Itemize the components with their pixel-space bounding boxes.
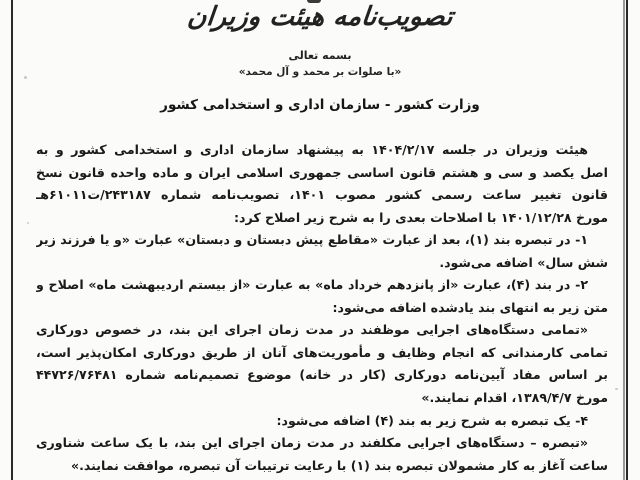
body-line: «تبصره – دستگاه‌های اجرایی مکلفند در مدت… — [36, 432, 608, 455]
body-line: ۲- در بند (۴)، عبارت «از پانزدهم خرداد م… — [36, 274, 608, 297]
body-line: «تمامی دستگاه‌های اجرایی موظفند در مدت ز… — [36, 319, 608, 342]
addressee-heading: وزارت کشور - سازمان اداری و استخدامی کشو… — [14, 97, 626, 113]
body-line: مورخ ۱۳۸۹/۴/۷، اقدام نمایند.» — [36, 387, 608, 410]
salutation-line: «با صلوات بر محمد و آل محمد» — [14, 66, 626, 78]
calligraphic-header-title: تصویب‌نامه هیئت وزیران — [12, 2, 627, 32]
body-line: ۱- در تبصره بند (۱)، بعد از عبارت «مقاطع… — [36, 229, 608, 252]
scan-speck — [27, 222, 29, 224]
page-border-left — [11, 0, 13, 480]
document-body: هیئت وزیران در جلسه ۱۴۰۴/۲/۱۷ به پیشنهاد… — [36, 139, 608, 477]
body-line: ساعت آغاز به کار مشمولان تبصره بند (۱) ب… — [36, 455, 608, 478]
bismillah-line: بسمه تعالی — [14, 49, 626, 62]
scanned-document-page: تصویب‌نامه هیئت وزیران بسمه تعالی «با صل… — [0, 0, 640, 480]
body-line: تمامی کارمندانی که انجام وظایف و مأموریت… — [36, 342, 608, 365]
body-line: متن زیر به انتهای بند یادشده اضافه می‌شو… — [36, 297, 608, 320]
body-line: بر اساس مفاد آیین‌نامه دورکاری (کار در خ… — [36, 364, 608, 387]
page-border-right — [626, 0, 628, 480]
body-line: قانون تغییر ساعت رسمی کشور مصوب ۱۴۰۱، تص… — [36, 184, 608, 207]
body-line: هیئت وزیران در جلسه ۱۴۰۴/۲/۱۷ به پیشنهاد… — [36, 139, 608, 162]
body-line: شش سال» اضافه می‌شود. — [36, 252, 608, 275]
body-line: مورخ ۱۴۰۱/۱۲/۲۸ با اصلاحات بعدی را به شر… — [36, 207, 608, 230]
body-line: اصل یکصد و سی و هشتم قانون اساسی جمهوری … — [36, 162, 608, 185]
body-line: ۴- یک تبصره به شرح زیر به بند (۴) اضافه … — [36, 410, 608, 433]
scan-speck — [615, 388, 618, 390]
